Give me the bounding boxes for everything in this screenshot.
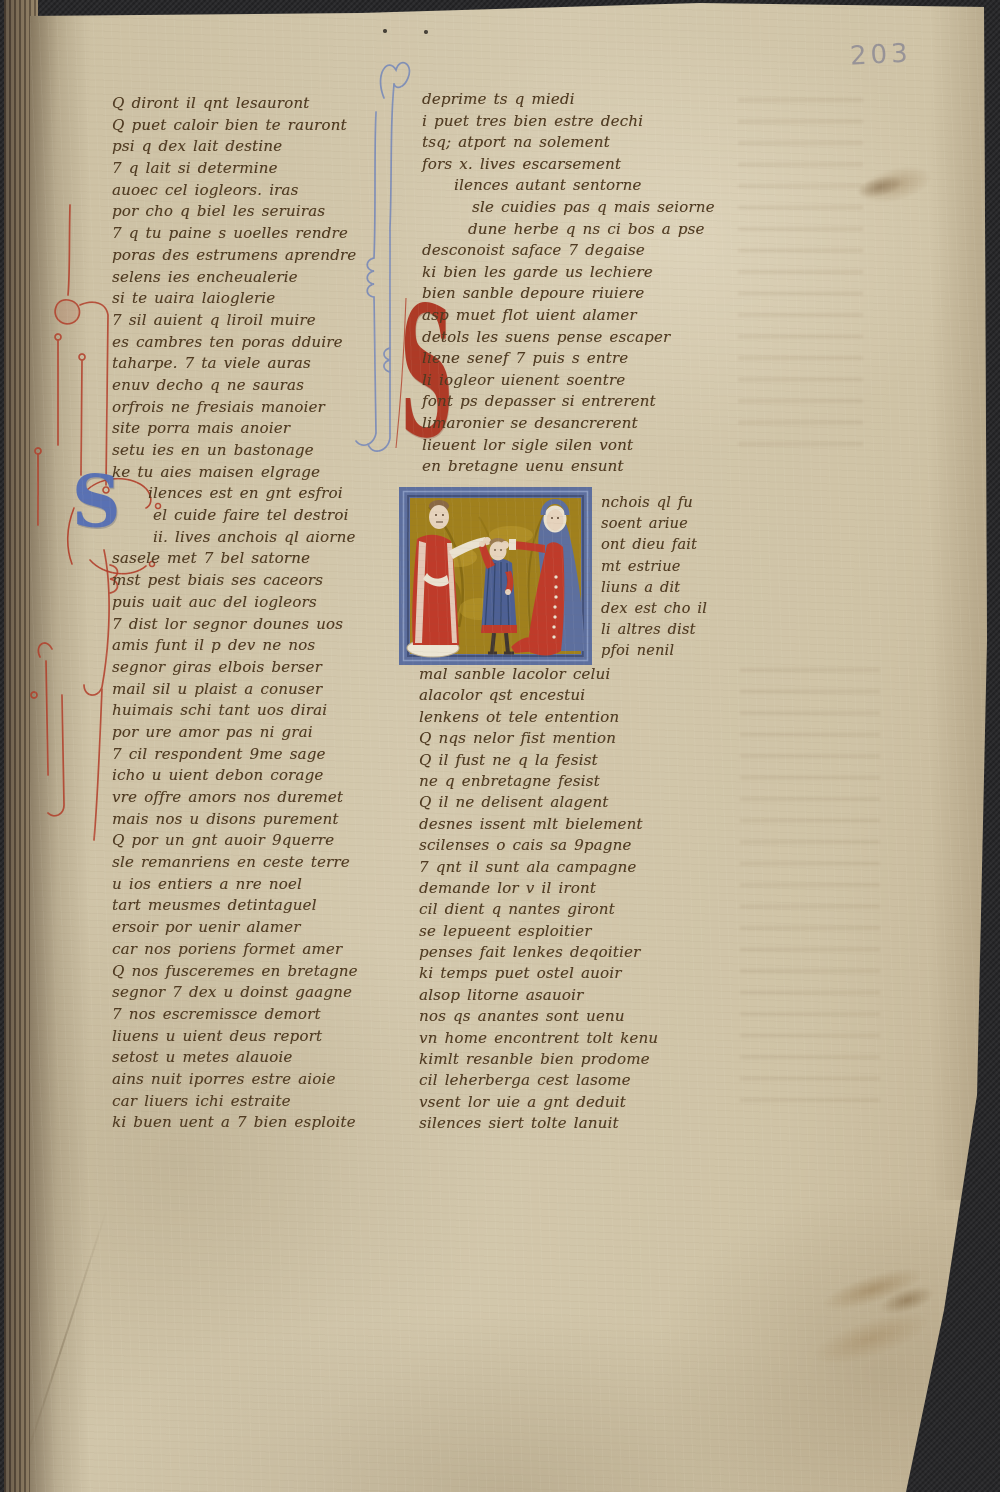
folio-number: 203 [849, 38, 912, 71]
manuscript-line: sasele met 7 bel satorne [112, 548, 397, 570]
manuscript-line: ilences est en gnt esfroi [112, 483, 397, 505]
manuscript-line: soent ariue [601, 514, 726, 535]
manuscript-line: ki buen uent a 7 bien esploite [112, 1112, 397, 1134]
manuscript-line: lieuent lor sigle silen vont [422, 435, 722, 457]
manuscript-line: ilences autant sentorne [422, 175, 722, 197]
manuscript-line: mst pest biais ses caceors [112, 570, 397, 592]
manuscript-line: 7 nos escremissce demort [112, 1004, 397, 1026]
verso-show-through [740, 668, 880, 1118]
manuscript-line: scilenses o cais sa 9pagne [419, 835, 729, 856]
manuscript-line: 7 q lait si determine [112, 158, 397, 180]
manuscript-line: font ps depasser si entrerent [422, 391, 722, 413]
text-column-right-lower: mal sanble lacolor celuialacolor qst enc… [419, 664, 729, 1135]
manuscript-line: es cambres ten poras dduire [112, 332, 397, 354]
manuscript-line: 7 sil auient q liroil muire [112, 310, 397, 332]
manuscript-line: Q il ne delisent alagent [419, 792, 729, 813]
manuscript-line: alacolor qst encestui [419, 685, 729, 706]
parchment-page: 203 [0, 0, 1000, 1492]
manuscript-line: ki bien les garde us lechiere [422, 262, 722, 284]
manuscript-line: desconoist saface 7 degaise [422, 240, 722, 262]
text-column-right-upper: deprime ts q miedii puet tres bien estre… [422, 89, 722, 478]
miniature-painting [399, 487, 592, 665]
manuscript-line: Q nos fusceremes en bretagne [112, 961, 397, 983]
manuscript-line: lenkens ot tele entention [419, 707, 729, 728]
manuscript-line: mal sanble lacolor celui [419, 664, 729, 685]
manuscript-line: ersoir por uenir alamer [112, 917, 397, 939]
manuscript-line: ont dieu fait [601, 535, 726, 556]
manuscript-line: enuv decho q ne sauras [112, 375, 397, 397]
manuscript-line: liene senef 7 puis s entre [422, 348, 722, 370]
manuscript-line: asp muet flot uient alamer [422, 305, 722, 327]
manuscript-line: 7 cil respondent 9me sage [112, 744, 397, 766]
manuscript-line: Q por un gnt auoir 9querre [112, 830, 397, 852]
verso-show-through [738, 98, 863, 458]
manuscript-line: el cuide faire tel destroi [112, 505, 397, 527]
manuscript-line: auoec cel iogleors. iras [112, 180, 397, 202]
manuscript-line: limaronier se desancrerent [422, 413, 722, 435]
manuscript-line: dex est cho il [601, 599, 726, 620]
manuscript-line: huimais schi tant uos dirai [112, 700, 397, 722]
manuscript-line: nos qs anantes sont uenu [419, 1006, 729, 1027]
manuscript-line: vre offre amors nos duremet [112, 787, 397, 809]
manuscript-line: ne q enbretagne fesist [419, 771, 729, 792]
manuscript-line: icho u uient debon corage [112, 765, 397, 787]
manuscript-line: site porra mais anoier [112, 418, 397, 440]
manuscript-line: se lepueent esploitier [419, 921, 729, 942]
manuscript-line: segnor giras elbois berser [112, 657, 397, 679]
pricking-hole [424, 30, 428, 34]
manuscript-line: u ios entiers a nre noel [112, 874, 397, 896]
manuscript-line: setost u metes alauoie [112, 1047, 397, 1069]
pricking-hole [383, 29, 387, 33]
manuscript-line: detols les suens pense escaper [422, 327, 722, 349]
manuscript-line: sle cuidies pas q mais seiorne [422, 197, 722, 219]
manuscript-line: 7 qnt il sunt ala campagne [419, 857, 729, 878]
manuscript-line: ke tu aies maisen elgrage [112, 462, 397, 484]
manuscript-line: car nos poriens formet amer [112, 939, 397, 961]
manuscript-line: por ure amor pas ni grai [112, 722, 397, 744]
manuscript-line: en bretagne uenu ensunt [422, 456, 722, 478]
manuscript-line: orfrois ne fresiais manoier [112, 397, 397, 419]
manuscript-line: ki temps puet ostel auoir [419, 963, 729, 984]
manuscript-line: mais nos u disons purement [112, 809, 397, 831]
brown-stain [762, 1209, 1000, 1407]
manuscript-line: 7 q tu paine s uoelles rendre [112, 223, 397, 245]
manuscript-line: vn home encontrent tolt kenu [419, 1028, 729, 1049]
manuscript-line: demande lor v il iront [419, 878, 729, 899]
manuscript-line: car liuers ichi estraite [112, 1091, 397, 1113]
manuscript-line: mt estriue [601, 557, 726, 578]
manuscript-line: liuns a dit [601, 578, 726, 599]
manuscript-line: Q il fust ne q la fesist [419, 750, 729, 771]
manuscript-line: puis uait auc del iogleors [112, 592, 397, 614]
manuscript-line: pfoi nenil [601, 641, 726, 662]
manuscript-line: sle remanriens en ceste terre [112, 852, 397, 874]
manuscript-line: psi q dex lait destine [112, 136, 397, 158]
manuscript-line: i puet tres bien estre dechi [422, 111, 722, 133]
manuscript-line: dune herbe q ns ci bos a pse [422, 219, 722, 241]
manuscript-line: mail sil u plaist a conuser [112, 679, 397, 701]
text-column-left: Q diront il qnt lesaurontQ puet caloir b… [112, 93, 397, 1134]
manuscript-line: kimlt resanble bien prodome [419, 1049, 729, 1070]
man-face [429, 505, 449, 529]
manuscript-line: segnor 7 dex u doinst gaagne [112, 982, 397, 1004]
manuscript-line: poras des estrumens aprendre [112, 245, 397, 267]
manuscript-line: cil leherberga cest lasome [419, 1070, 729, 1091]
text-beside-miniature: nchois ql fusoent ariueont dieu faitmt e… [601, 493, 726, 663]
manuscript-line: taharpe. 7 ta viele auras [112, 353, 397, 375]
manuscript-line: Q puet caloir bien te rauront [112, 115, 397, 137]
manuscript-line: fors x. lives escarsement [422, 154, 722, 176]
manuscript-line: li iogleor uienent soentre [422, 370, 722, 392]
manuscript-line: 7 dist lor segnor dounes uos [112, 614, 397, 636]
manuscript-line: penses fait lenkes deqoitier [419, 942, 729, 963]
manuscript-line: selens ies encheualerie [112, 267, 397, 289]
manuscript-line: Q diront il qnt lesauront [112, 93, 397, 115]
manuscript-line: nchois ql fu [601, 493, 726, 514]
manuscript-line: alsop litorne asauoir [419, 985, 729, 1006]
manuscript-line: liuens u uient deus report [112, 1026, 397, 1048]
manuscript-line: deprime ts q miedi [422, 89, 722, 111]
manuscript-line: silences siert tolte lanuit [419, 1113, 729, 1134]
manuscript-line: tsq; atport na solement [422, 132, 722, 154]
manuscript-line: vsent lor uie a gnt deduit [419, 1092, 729, 1113]
manuscript-photo: { "page": { "folio_number": "203" }, "co… [0, 0, 1000, 1492]
woman-face [547, 510, 564, 531]
manuscript-line: cil dient q nantes giront [419, 899, 729, 920]
manuscript-line: si te uaira laioglerie [112, 288, 397, 310]
manuscript-line: ains nuit iporres estre aioie [112, 1069, 397, 1091]
manuscript-line: por cho q biel les seruiras [112, 201, 397, 223]
manuscript-line: setu ies en un bastonage [112, 440, 397, 462]
manuscript-line: desnes issent mlt bielement [419, 814, 729, 835]
manuscript-line: ii. lives anchois ql aiorne [112, 527, 397, 549]
manuscript-line: li altres dist [601, 620, 726, 641]
manuscript-line: bien sanble depoure riuiere [422, 283, 722, 305]
manuscript-line: Q nqs nelor fist mention [419, 728, 729, 749]
manuscript-line: tart meusmes detintaguel [112, 895, 397, 917]
manuscript-line: amis funt il p dev ne nos [112, 635, 397, 657]
